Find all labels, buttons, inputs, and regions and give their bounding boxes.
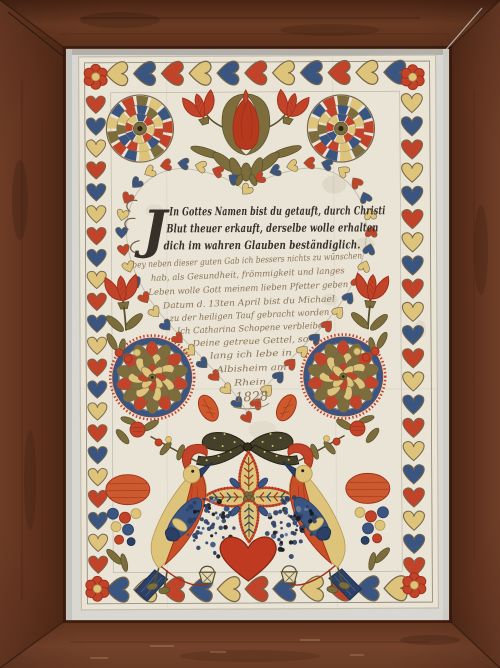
fraktur-artwork: J In Gottes Namen bist du getauft, durch… [0, 0, 500, 668]
photo-vignette [0, 0, 500, 668]
framed-fraktur-photo: J In Gottes Namen bist du getauft, durch… [0, 0, 500, 668]
